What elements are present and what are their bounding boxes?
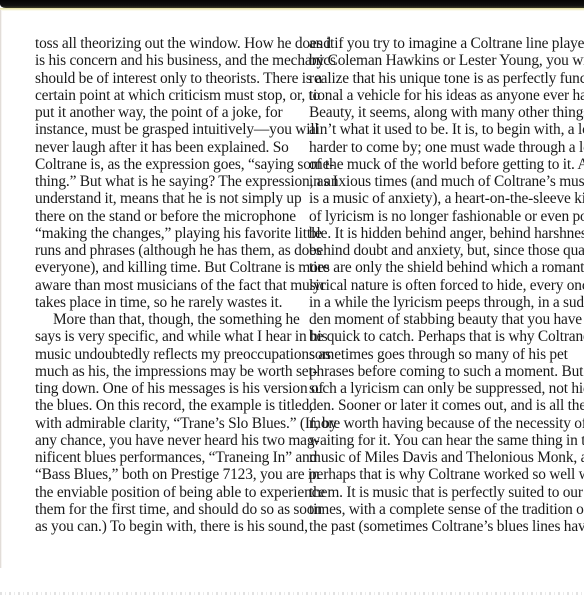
text-line: realize that his unique tone is as perfe…: [309, 70, 569, 87]
text-line: times, with a complete sense of the trad…: [309, 501, 569, 518]
text-line: put it another way, the point of a joke,…: [35, 104, 290, 121]
text-line: says is very specific, and while what I …: [35, 328, 290, 345]
text-line: be quick to catch. Perhaps that is why C…: [309, 328, 569, 345]
text-line: lyrical nature is often forced to hide, …: [309, 277, 569, 294]
text-line: den moment of stabbing beauty that you h…: [309, 311, 569, 328]
scan-top-border: [0, 0, 584, 8]
text-line: never laugh after it has been explained.…: [35, 139, 290, 156]
right-text-column: and if you try to imagine a Coltrane lin…: [309, 35, 569, 535]
text-line: in anxious times (and much of Coltrane’s…: [309, 173, 569, 190]
text-line: “Bass Blues,” both on Prestige 7123, you…: [35, 466, 290, 483]
text-line: Coltrane is, as the expression goes, “sa…: [35, 156, 290, 173]
text-line: ties are only the shield behind which a …: [309, 259, 569, 276]
text-line: instance, must be grasped intuitively—yo…: [35, 121, 290, 138]
text-line: ain’t what it used to be. It is, to begi…: [309, 121, 569, 138]
text-line: should be of interest only to theorists.…: [35, 70, 290, 87]
text-line: them. It is music that is perfectly suit…: [309, 484, 569, 501]
text-line: behind doubt and anxiety, but, since tho…: [309, 242, 569, 259]
text-line: music undoubtedly reflects my preoccupat…: [35, 346, 290, 363]
text-line: sometimes goes through so many of his pe…: [309, 346, 569, 363]
text-line: with admirable clarity, “Trane’s Slo Blu…: [35, 415, 290, 432]
text-line: tional a vehicle for his ideas as anyone…: [309, 87, 569, 104]
text-line: “making the changes,” playing his favori…: [35, 225, 290, 242]
text-line: by Coleman Hawkins or Lester Young, you …: [309, 52, 569, 69]
text-line: runs and phrases (although he has them, …: [35, 242, 290, 259]
text-line: takes place in time, so he rarely wastes…: [35, 294, 290, 311]
text-line: more worth having because of the necessi…: [309, 415, 569, 432]
text-line: certain point at which criticism must st…: [35, 87, 290, 104]
paragraph-start-line: More than that, though, the something he: [35, 311, 290, 328]
text-line: toss all theorizing out the window. How …: [35, 35, 290, 52]
scan-left-edge: [0, 10, 2, 568]
text-line: phrases before coming to such a moment. …: [309, 363, 569, 380]
text-line: and if you try to imagine a Coltrane lin…: [309, 35, 569, 52]
scan-bottom-edge: [0, 592, 584, 595]
text-line: ble. It is hidden behind anger, behind h…: [309, 225, 569, 242]
text-line: the enviable position of being able to e…: [35, 484, 290, 501]
text-line: perhaps that is why Coltrane worked so w…: [309, 466, 569, 483]
text-line: of lyricism is no longer fashionable or …: [309, 208, 569, 225]
text-line: is a music of anxiety), a heart-on-the-s…: [309, 190, 569, 207]
text-line: thing.” But what is he saying? The expre…: [35, 173, 290, 190]
text-line: the blues. On this record, the example i…: [35, 397, 290, 414]
text-line: Beauty, it seems, along with many other …: [309, 104, 569, 121]
text-line: everyone), and killing time. But Coltran…: [35, 259, 290, 276]
text-line: them for the first time, and should do s…: [35, 501, 290, 518]
left-text-column: toss all theorizing out the window. How …: [35, 35, 290, 535]
text-line: waiting for it. You can hear the same th…: [309, 432, 569, 449]
text-line: much as his, the impressions may be wort…: [35, 363, 290, 380]
text-line: ting down. One of his messages is his ve…: [35, 380, 290, 397]
text-line: music of Miles Davis and Thelonious Monk…: [309, 449, 569, 466]
text-line: den. Sooner or later it comes out, and i…: [309, 397, 569, 414]
text-line: aware than most musicians of the fact th…: [35, 277, 290, 294]
text-line: any chance, you have never heard his two…: [35, 432, 290, 449]
text-line: such a lyricism can only be suppressed, …: [309, 380, 569, 397]
text-line: the past (sometimes Coltrane’s blues lin…: [309, 518, 569, 535]
text-line: understand it, means that he is not simp…: [35, 190, 290, 207]
text-line: in a while the lyricism peeps through, i…: [309, 294, 569, 311]
text-line: is his concern and his business, and the…: [35, 52, 290, 69]
text-line: harder to come by; one must wade through…: [309, 139, 569, 156]
text-line: as you can.) To begin with, there is his…: [35, 518, 290, 535]
text-line: nificent blues performances, “Traneing I…: [35, 449, 290, 466]
scan-top-edge-tint: [0, 8, 584, 11]
text-line: of the muck of the world before getting …: [309, 156, 569, 173]
text-line: there on the stand or before the microph…: [35, 208, 290, 225]
